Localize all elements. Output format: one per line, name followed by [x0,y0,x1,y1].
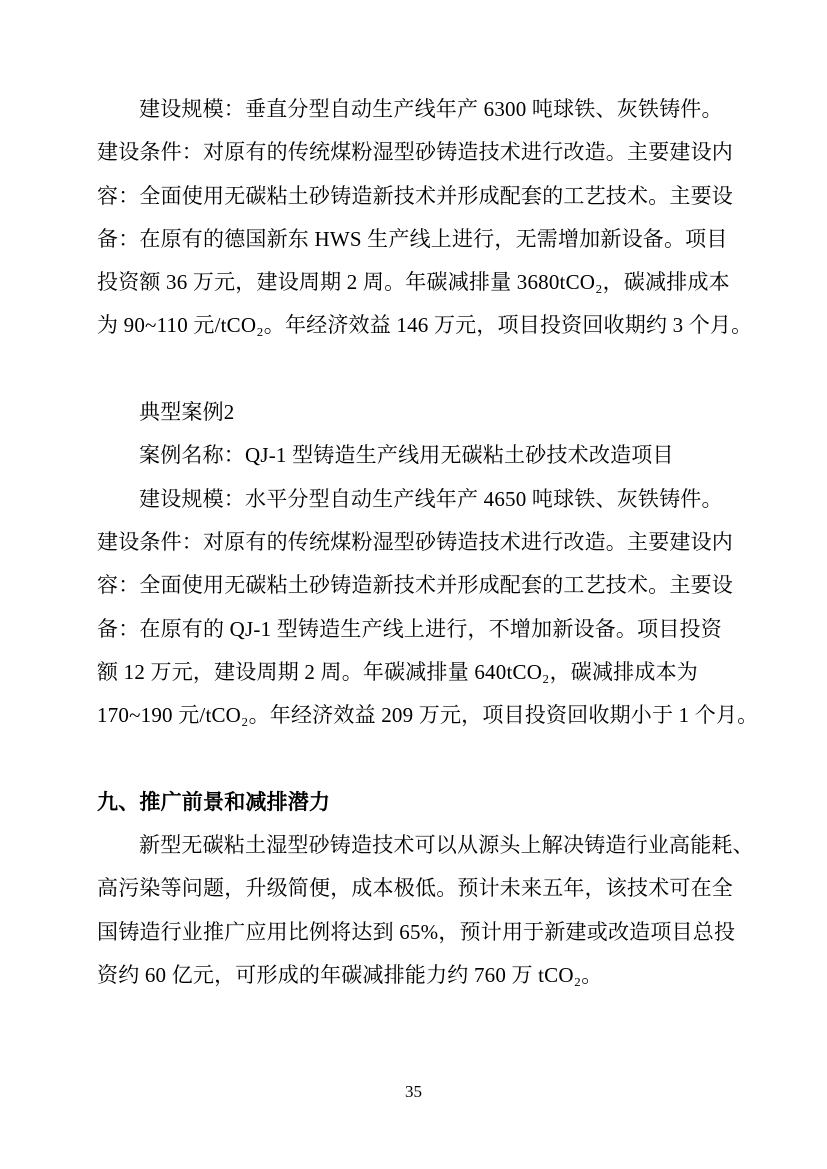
spacer [97,737,739,780]
text-line: 案例名称：QJ-1 型铸造生产线用无碳粘土砂技术改造项目 [97,434,739,477]
text-line: 容：全面使用无碳粘土砂铸造新技术并形成配套的工艺技术。主要设 [97,564,739,607]
text-line: 170~190 元/tCO₂。年经济效益 209 万元，项目投资回收期小于 1 … [97,694,739,737]
case2-title: 典型案例2 [97,391,739,434]
text-line: 额 12 万元，建设周期 2 周。年碳减排量 640tCO₂，碳减排成本为 [97,651,739,694]
spacer [97,348,739,391]
text-line: 为 90~110 元/tCO₂。年经济效益 146 万元，项目投资回收期约 3 … [97,304,739,347]
text-line: 备：在原有的德国新东 HWS 生产线上进行，无需增加新设备。项目 [97,218,739,261]
text-line: 国铸造行业推广应用比例将达到 65%，预计用于新建或改造项目总投 [97,911,739,954]
text-line: 新型无碳粘土湿型砂铸造技术可以从源头上解决铸造行业高能耗、 [97,824,739,867]
text-line: 投资额 36 万元，建设周期 2 周。年碳减排量 3680tCO₂，碳减排成本 [97,261,739,304]
page-number: 35 [0,1080,827,1104]
document-body: 建设规模：垂直分型自动生产线年产 6300 吨球铁、灰铁铸件。 建设条件：对原有… [97,88,739,997]
text-line: 高污染等问题，升级简便，成本极低。预计未来五年，该技术可在全 [97,867,739,910]
text-line: 建设条件：对原有的传统煤粉湿型砂铸造技术进行改造。主要建设内 [97,131,739,174]
text-line: 容：全面使用无碳粘土砂铸造新技术并形成配套的工艺技术。主要设 [97,175,739,218]
text-line: 资约 60 亿元，可形成的年碳减排能力约 760 万 tCO₂。 [97,954,739,997]
document-page: 建设规模：垂直分型自动生产线年产 6300 吨球铁、灰铁铸件。 建设条件：对原有… [0,0,827,1169]
text-line: 建设条件：对原有的传统煤粉湿型砂铸造技术进行改造。主要建设内 [97,521,739,564]
section-heading: 九、推广前景和减排潜力 [97,781,739,824]
text-line: 备：在原有的 QJ-1 型铸造生产线上进行，不增加新设备。项目投资 [97,608,739,651]
text-line: 建设规模：垂直分型自动生产线年产 6300 吨球铁、灰铁铸件。 [97,88,739,131]
text-line: 建设规模：水平分型自动生产线年产 4650 吨球铁、灰铁铸件。 [97,478,739,521]
